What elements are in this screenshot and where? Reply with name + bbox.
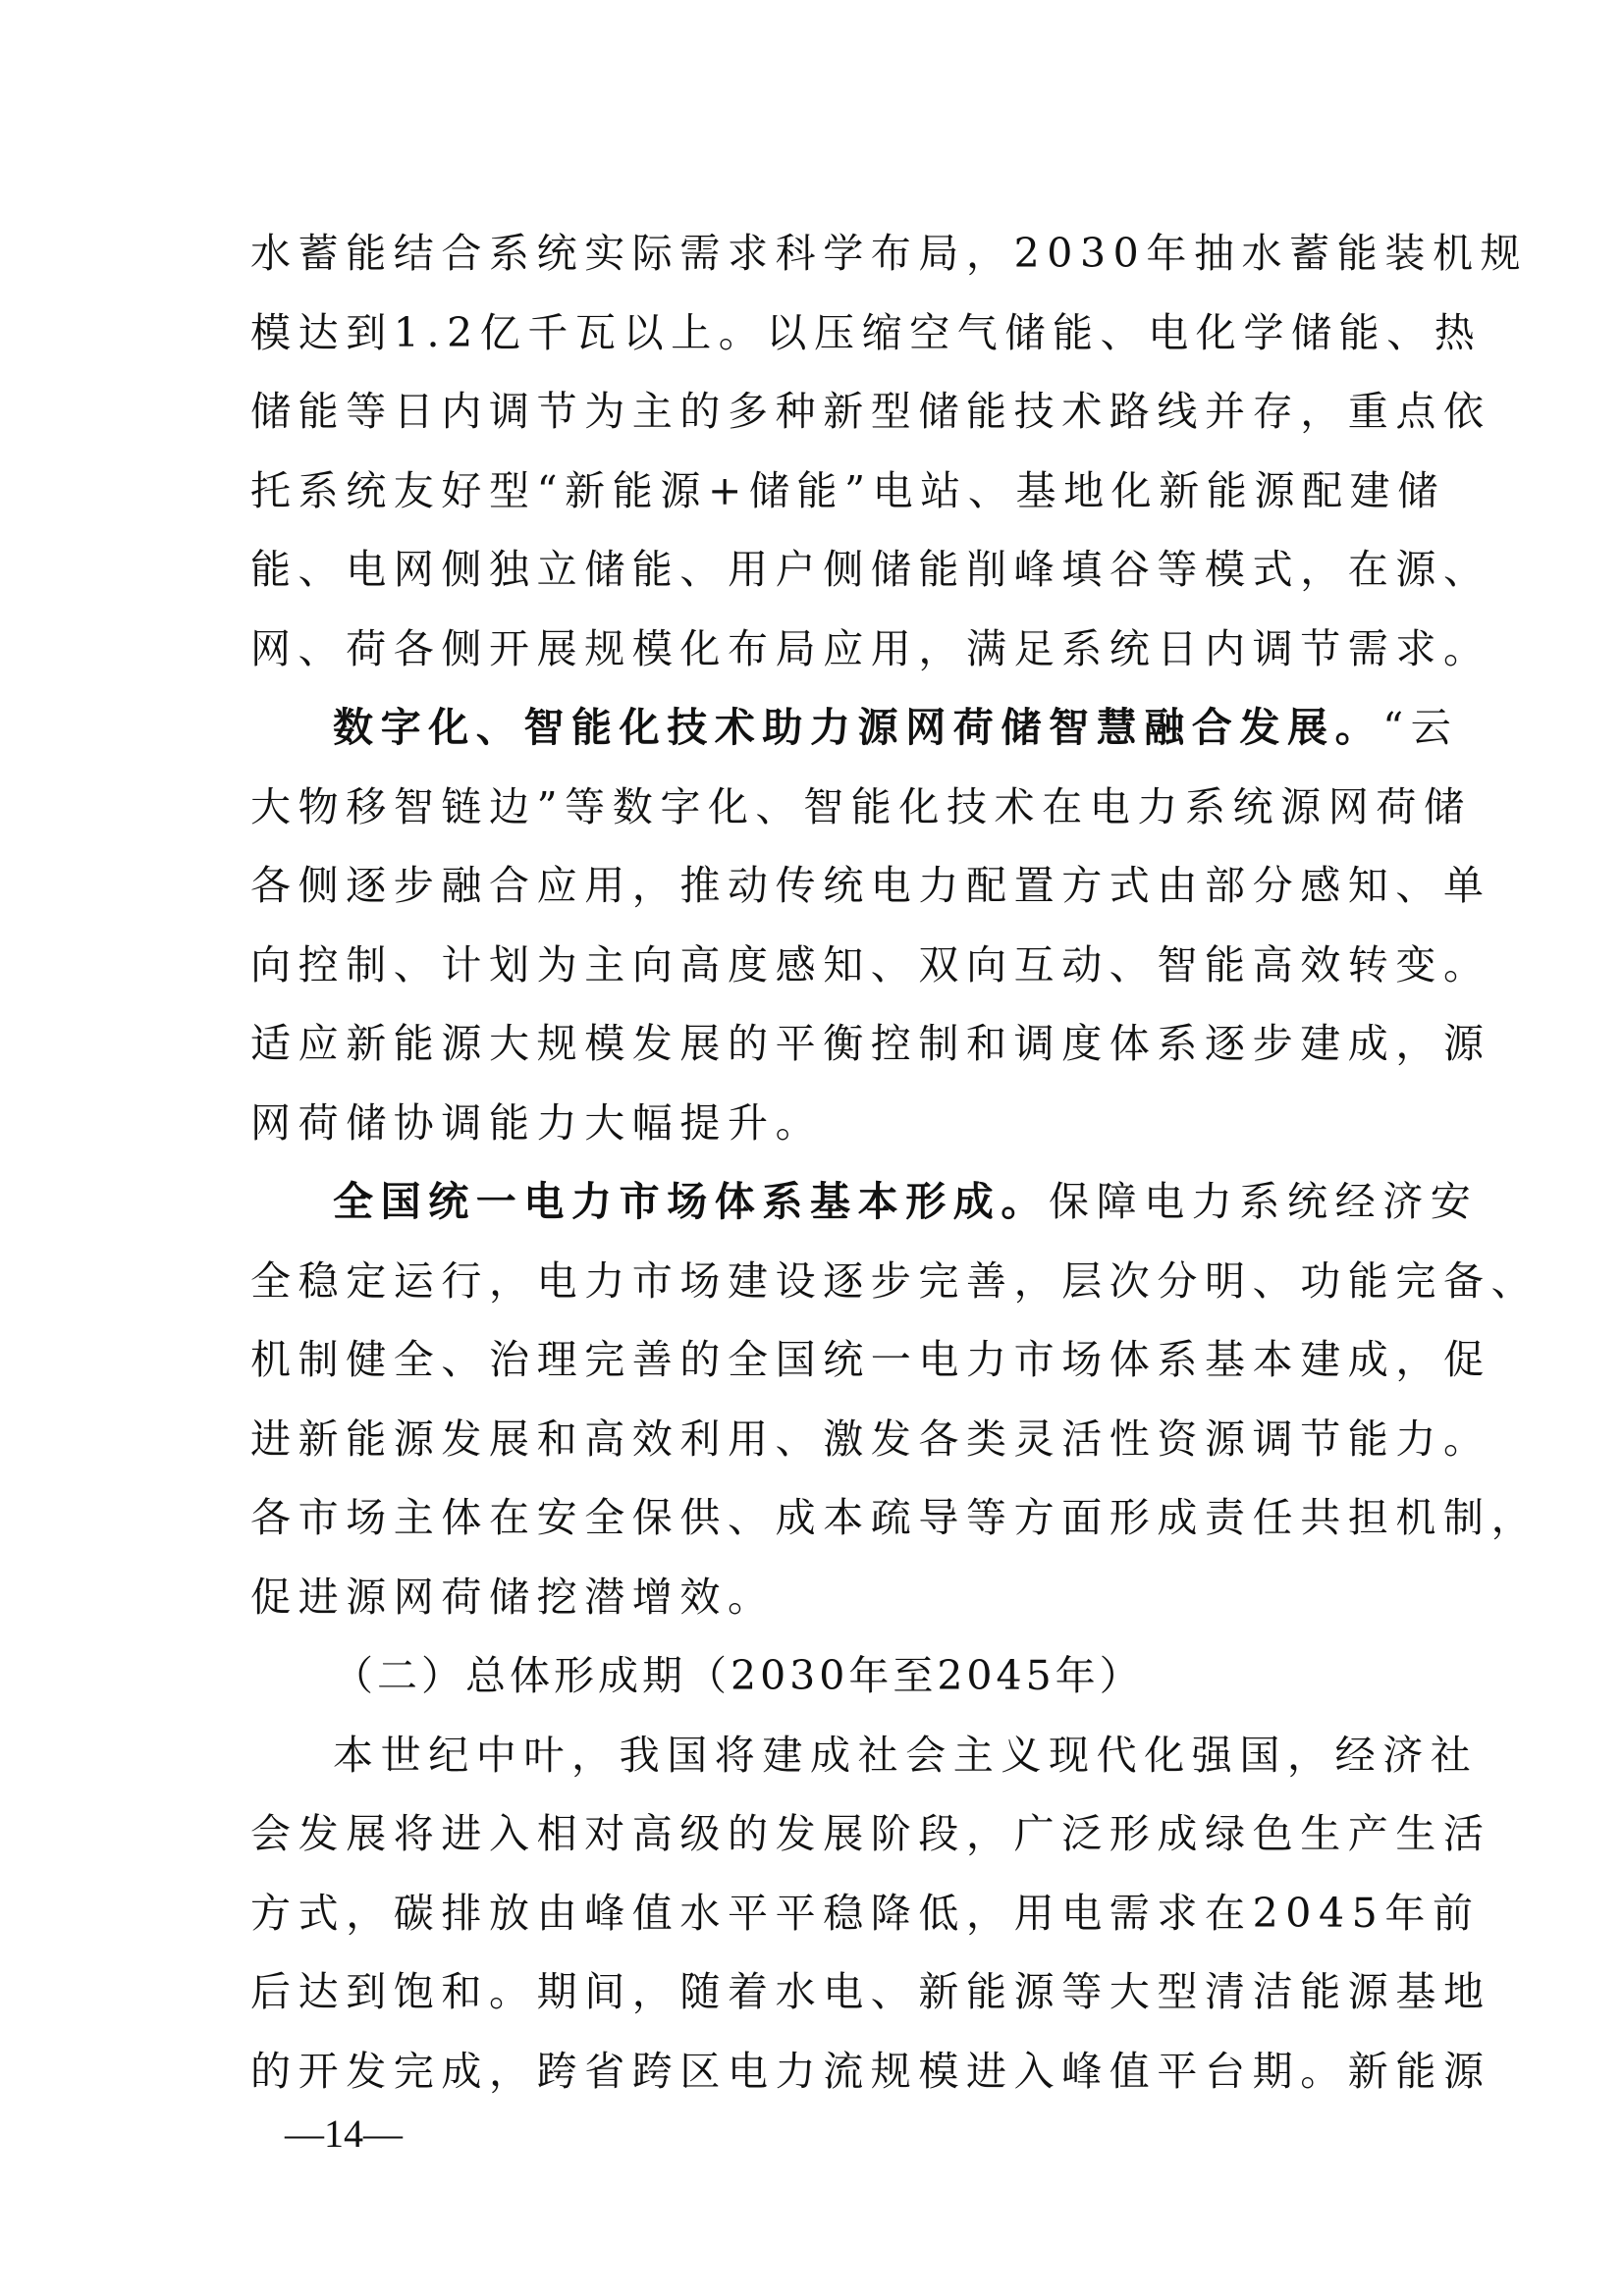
text-line: 水蓄能结合系统实际需求科学布局，2030年抽水蓄能装机规 <box>250 214 1399 294</box>
text-line: 适应新能源大规模发展的平衡控制和调度体系逐步建成，源 <box>250 1004 1399 1084</box>
text-line: 托系统友好型“新能源+储能”电站、基地化新能源配建储 <box>250 452 1399 531</box>
document-page: 水蓄能结合系统实际需求科学布局，2030年抽水蓄能装机规 模达到1.2亿千瓦以上… <box>0 0 1624 2296</box>
text-line: 各市场主体在安全保供、成本疏导等方面形成责任共担机制， <box>250 1478 1399 1558</box>
text-line: 进新能源发展和高效利用、激发各类灵活性资源调节能力。 <box>250 1400 1399 1479</box>
text-line: 方式，碳排放由峰值水平平稳降低，用电需求在2045年前 <box>250 1874 1399 1953</box>
text-line: 会发展将进入相对高级的发展阶段，广泛形成绿色生产生活 <box>250 1794 1399 1874</box>
text-line: 向控制、计划为主向高度感知、双向互动、智能高效转变。 <box>250 926 1399 1005</box>
text-line: 后达到饱和。期间，随着水电、新能源等大型清洁能源基地 <box>250 1952 1399 2032</box>
text-line: 促进源网荷储挖潜增效。 <box>250 1558 1399 1637</box>
text-line: 储能等日内调节为主的多种新型储能技术路线并存，重点依 <box>250 372 1399 452</box>
text-line: 大物移智链边”等数字化、智能化技术在电力系统源网荷储 <box>250 768 1399 847</box>
text-line: 全国统一电力市场体系基本形成。保障电力系统经济安 <box>250 1162 1399 1242</box>
text-line: 网荷储协调能力大幅提升。 <box>250 1084 1399 1163</box>
text-run: “云 <box>1382 704 1458 751</box>
text-line: 本世纪中叶，我国将建成社会主义现代化强国，经济社 <box>250 1716 1399 1795</box>
text-line: 机制健全、治理完善的全国统一电力市场体系基本建成，促 <box>250 1320 1399 1400</box>
paragraph-formation-period: 本世纪中叶，我国将建成社会主义现代化强国，经济社 会发展将进入相对高级的发展阶段… <box>250 1716 1399 2111</box>
body-text: 水蓄能结合系统实际需求科学布局，2030年抽水蓄能装机规 模达到1.2亿千瓦以上… <box>250 214 1399 2110</box>
section-heading: （二）总体形成期（2030年至2045年） <box>250 1636 1399 1716</box>
paragraph-energy-storage: 水蓄能结合系统实际需求科学布局，2030年抽水蓄能装机规 模达到1.2亿千瓦以上… <box>250 214 1399 688</box>
text-line: 能、电网侧独立储能、用户侧储能削峰填谷等模式，在源、 <box>250 530 1399 610</box>
paragraph-digitalization: 数字化、智能化技术助力源网荷储智慧融合发展。“云 大物移智链边”等数字化、智能化… <box>250 688 1399 1162</box>
paragraph-lead-heading: 数字化、智能化技术助力源网荷储智慧融合发展。 <box>333 704 1382 751</box>
text-line: 数字化、智能化技术助力源网荷储智慧融合发展。“云 <box>250 688 1399 768</box>
paragraph-lead-heading: 全国统一电力市场体系基本形成。 <box>333 1178 1049 1225</box>
paragraph-electricity-market: 全国统一电力市场体系基本形成。保障电力系统经济安 全稳定运行，电力市场建设逐步完… <box>250 1162 1399 1636</box>
text-run: 保障电力系统经济安 <box>1049 1178 1478 1225</box>
text-line: 各侧逐步融合应用，推动传统电力配置方式由部分感知、单 <box>250 846 1399 926</box>
text-line: 的开发完成，跨省跨区电力流规模进入峰值平台期。新能源 <box>250 2032 1399 2111</box>
text-line: 模达到1.2亿千瓦以上。以压缩空气储能、电化学储能、热 <box>250 294 1399 373</box>
text-line: 全稳定运行，电力市场建设逐步完善，层次分明、功能完备、 <box>250 1242 1399 1321</box>
page-number: —14— <box>285 2110 403 2157</box>
text-line: 网、荷各侧开展规模化布局应用，满足系统日内调节需求。 <box>250 610 1399 689</box>
